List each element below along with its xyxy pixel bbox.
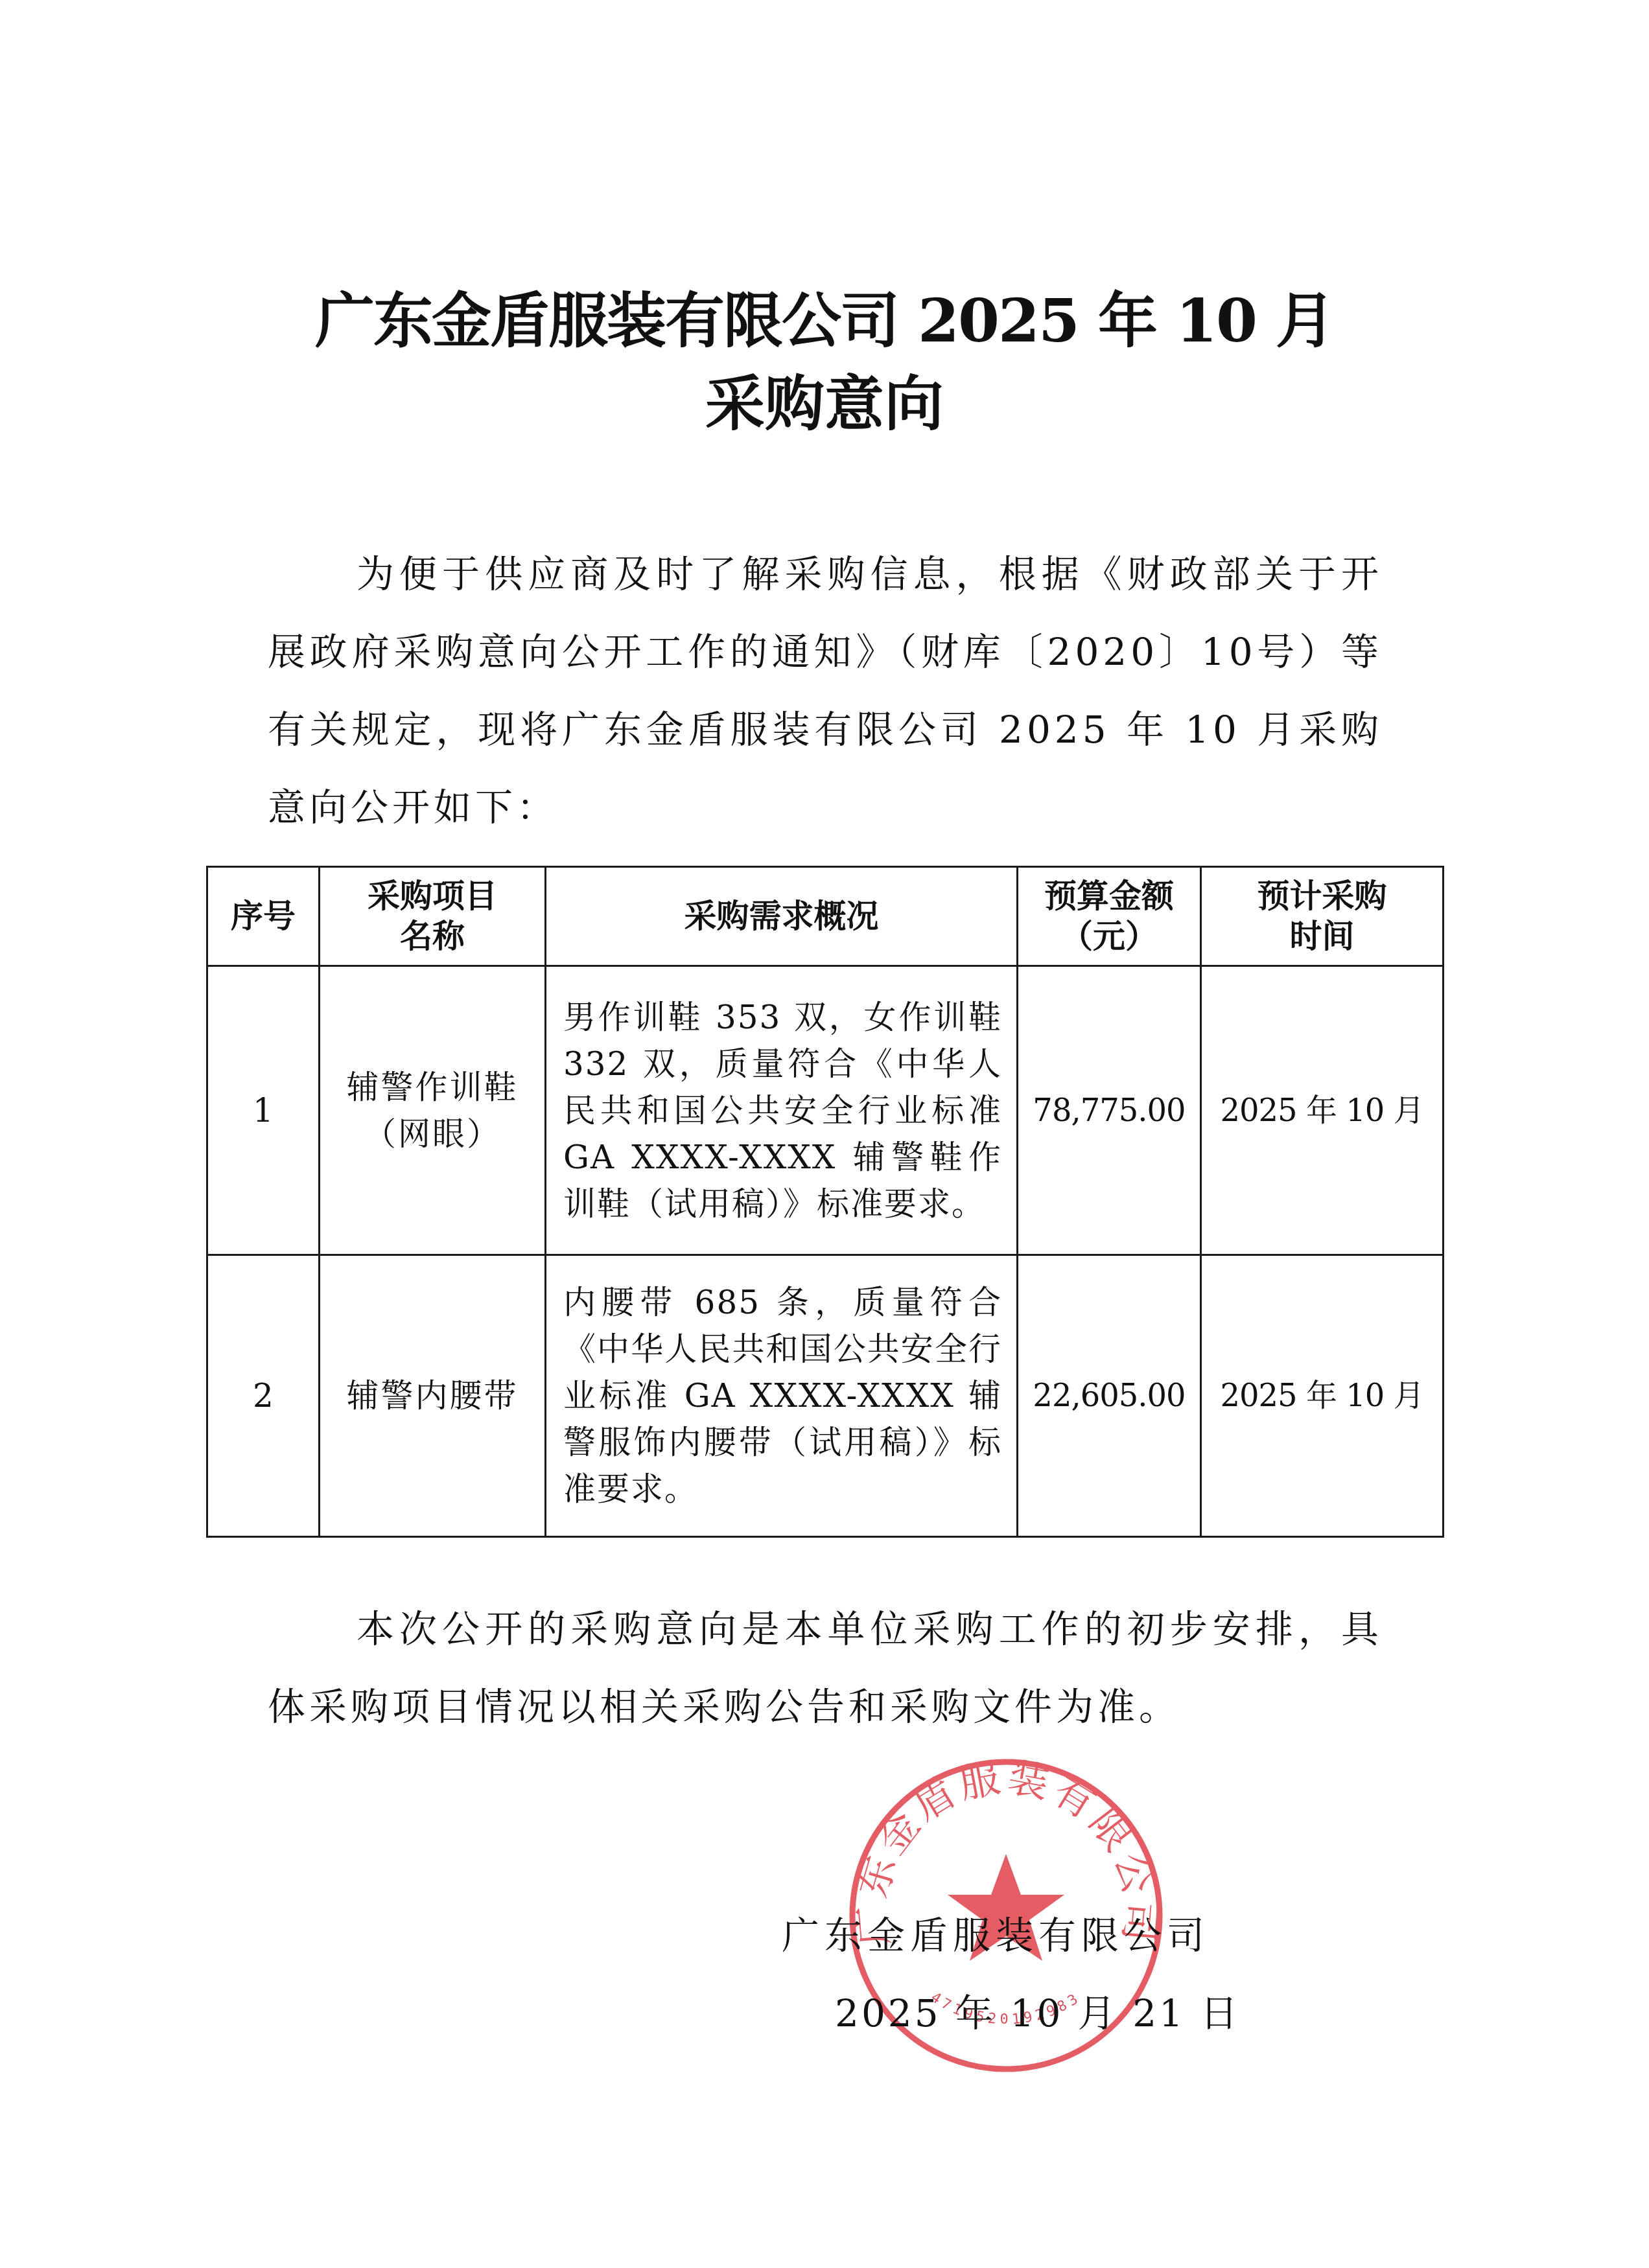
cell-requirements: 内腰带 685 条，质量符合《中华人民共和国公共安全行业标准 GA XXXX-X…: [546, 1255, 1018, 1537]
document-title: 广东金盾服装有限公司 2025 年 10 月: [0, 285, 1649, 356]
cell-item-name: 辅警内腰带: [320, 1255, 546, 1537]
signature-date: 2025 年 10 月 21 日: [835, 1991, 1240, 2036]
cell-requirements: 男作训鞋 353 双，女作训鞋 332 双，质量符合《中华人民共和国公共安全行业…: [546, 966, 1018, 1255]
intro-text: 为便于供应商及时了解采购信息，根据《财政部关于开展政府采购意向公开工作的通知》（…: [268, 552, 1383, 829]
header-budget: 预算金额 （元）: [1018, 867, 1201, 966]
header-budget-line2: （元）: [1018, 916, 1200, 956]
cell-planned-time: 2025 年 10 月: [1201, 1255, 1444, 1537]
document-subtitle: 采购意向: [0, 368, 1649, 439]
cell-index: 1: [207, 966, 320, 1255]
intro-paragraph: 为便于供应商及时了解采购信息，根据《财政部关于开展政府采购意向公开工作的通知》（…: [268, 535, 1383, 846]
header-index: 序号: [207, 867, 320, 966]
header-planned-time-line2: 时间: [1202, 916, 1442, 956]
cell-budget: 78,775.00: [1018, 966, 1201, 1255]
cell-item-name-line2: （网眼）: [336, 1111, 529, 1157]
closing-paragraph: 本次公开的采购意向是本单位采购工作的初步安排，具体采购项目情况以相关采购公告和采…: [268, 1590, 1383, 1746]
header-item-name-line1: 采购项目: [320, 876, 544, 916]
table-row: 1 辅警作训鞋 （网眼） 男作训鞋 353 双，女作训鞋 332 双，质量符合《…: [207, 966, 1444, 1255]
table-header-row: 序号 采购项目 名称 采购需求概况 预算金额 （元） 预计采购 时间: [207, 867, 1444, 966]
cell-budget: 22,605.00: [1018, 1255, 1201, 1537]
procurement-table: 序号 采购项目 名称 采购需求概况 预算金额 （元） 预计采购 时间 1: [206, 866, 1444, 1538]
cell-planned-time: 2025 年 10 月: [1201, 966, 1444, 1255]
cell-item-name: 辅警作训鞋 （网眼）: [320, 966, 546, 1255]
header-item-name: 采购项目 名称: [320, 867, 546, 966]
table-row: 2 辅警内腰带 内腰带 685 条，质量符合《中华人民共和国公共安全行业标准 G…: [207, 1255, 1444, 1537]
signature-company: 广东金盾服装有限公司: [782, 1913, 1210, 1958]
header-planned-time-line1: 预计采购: [1202, 876, 1442, 916]
header-budget-line1: 预算金额: [1018, 876, 1200, 916]
header-planned-time: 预计采购 时间: [1201, 867, 1444, 966]
cell-item-name-line1: 辅警作训鞋: [336, 1064, 529, 1111]
cell-index: 2: [207, 1255, 320, 1537]
closing-text: 本次公开的采购意向是本单位采购工作的初步安排，具体采购项目情况以相关采购公告和采…: [268, 1607, 1383, 1729]
header-requirements: 采购需求概况: [546, 867, 1018, 966]
header-item-name-line2: 名称: [320, 916, 544, 956]
